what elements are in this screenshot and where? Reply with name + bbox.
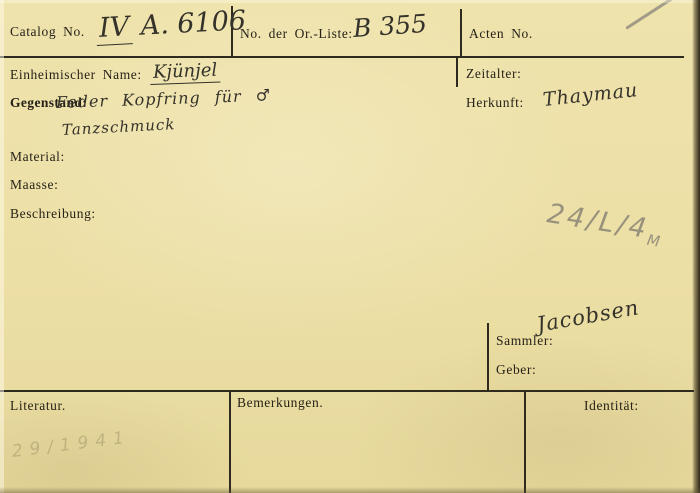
catalog-card: Catalog No. IV A. 6106 No. der Or.-Liste… [0, 0, 700, 493]
herkunft-label: Herkunft: [466, 95, 524, 111]
bemerkungen-label: Bemerkungen. [237, 395, 323, 411]
scan-edge-right [692, 0, 700, 493]
gegenstand-value-line1: Feder Kopfring für ♂ [56, 85, 272, 111]
zeitalter-label: Zeitalter: [466, 66, 521, 82]
divider-header-bottom [0, 56, 684, 58]
inventory-pencil-note: 24/L/4M [544, 198, 664, 250]
faint-pencil-note: 29/1941 [11, 427, 132, 461]
maasse-label: Maasse: [10, 177, 58, 193]
identitaet-label: Identität: [584, 398, 639, 414]
einheimischer-name-label: Einheimischer Name: [10, 67, 142, 83]
divider-sammler-box [487, 323, 489, 390]
material-label: Material: [10, 149, 65, 165]
divider-orliste-acten [460, 9, 462, 56]
orliste-label: No. der Or.-Liste: [240, 26, 353, 42]
sammler-value: Jacobsen [535, 295, 641, 337]
divider-bemerkungen-identitaet [524, 392, 526, 493]
orliste-value: B 355 [352, 9, 428, 43]
divider-zeitalter [456, 58, 458, 87]
acten-no-label: Acten No. [469, 26, 533, 42]
catalog-no-label: Catalog No. [10, 24, 85, 40]
pencil-slash-mark [625, 0, 685, 29]
gegenstand-value-line2: Tanzschmuck [62, 115, 176, 139]
divider-literatur-bemerkungen [229, 392, 231, 493]
geber-label: Geber: [496, 362, 536, 378]
scan-edge-top [0, 0, 700, 3]
literatur-label: Literatur. [10, 398, 66, 414]
scan-edge-bottom [0, 487, 700, 493]
scan-edge-left [0, 0, 4, 493]
beschreibung-label: Beschreibung: [10, 206, 96, 222]
divider-footer-top [0, 390, 694, 392]
einheimischer-name-value: Kjünjel [150, 60, 221, 83]
herkunft-value: Thaymau [542, 79, 639, 111]
catalog-no-value: IV A. 6106 [95, 5, 247, 44]
